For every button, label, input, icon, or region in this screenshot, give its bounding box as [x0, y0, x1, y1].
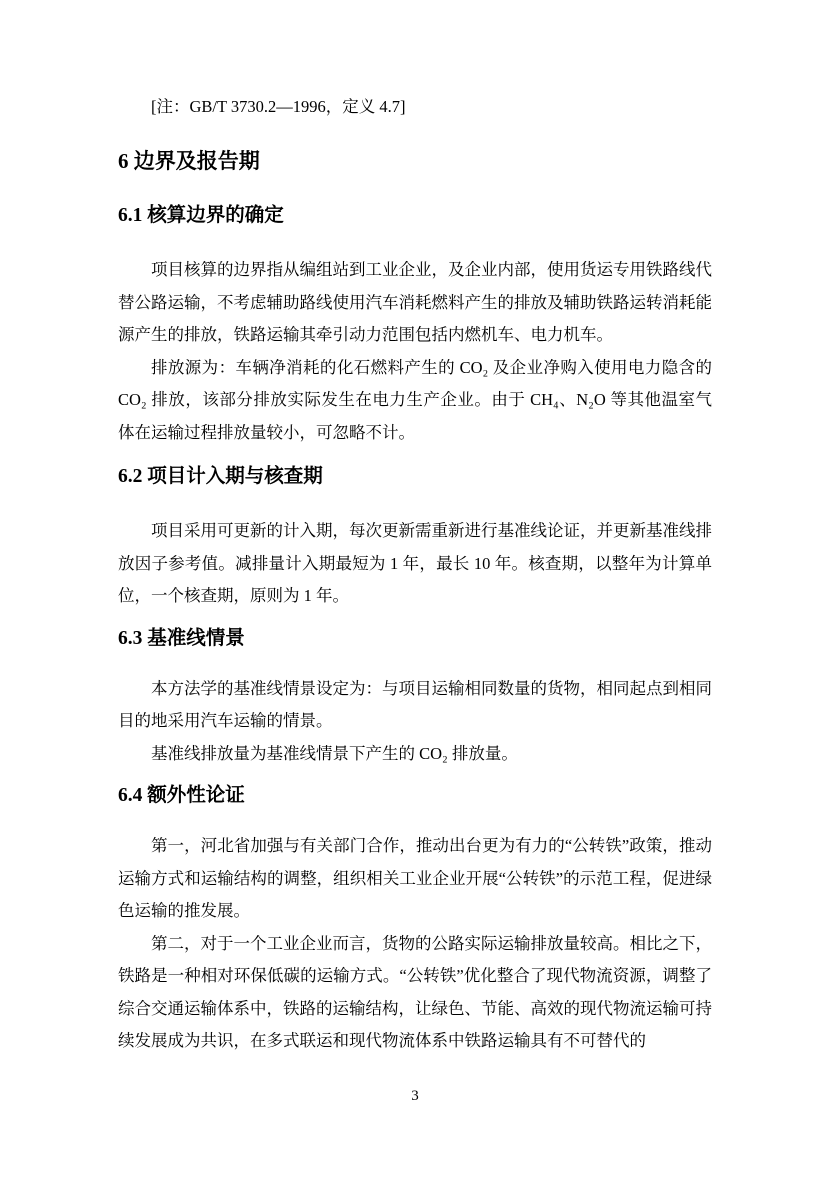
heading-6-2-crediting-verification-period: 6.2 项目计入期与核查期 [118, 463, 712, 491]
paragraph-baseline-scenario: 本方法学的基准线情景设定为：与项目运输相同数量的货物，相同起点到相同目的地采用汽… [118, 673, 712, 738]
paragraph-boundary-definition: 项目核算的边界指从编组站到工业企业，及企业内部，使用货运专用铁路线代替公路运输，… [118, 254, 712, 352]
heading-6-4-additionality: 6.4 额外性论证 [118, 782, 712, 810]
heading-section-6: 6 边界及报告期 [118, 146, 712, 176]
page-number: 3 [118, 1086, 712, 1106]
paragraph-baseline-emissions: 基准线排放量为基准线情景下产生的 CO₂ 排放量。 [118, 738, 712, 771]
heading-6-1-accounting-boundary: 6.1 核算边界的确定 [118, 202, 712, 230]
paragraph-additionality-first: 第一，河北省加强与有关部门合作，推动出台更为有力的“公转铁”政策，推动运输方式和… [118, 830, 712, 928]
heading-6-3-baseline-scenario: 6.3 基准线情景 [118, 625, 712, 653]
paragraph-emission-sources: 排放源为：车辆净消耗的化石燃料产生的 CO₂ 及企业净购入使用电力隐含的 CO₂… [118, 352, 712, 450]
paragraph-additionality-second: 第二，对于一个工业企业而言，货物的公路实际运输排放量较高。相比之下，铁路是一种相… [118, 928, 712, 1058]
note-line: [注：GB/T 3730.2—1996，定义 4.7] [118, 96, 712, 118]
document-page: [注：GB/T 3730.2—1996，定义 4.7] 6 边界及报告期 6.1… [0, 0, 830, 1177]
paragraph-crediting-period: 项目采用可更新的计入期，每次更新需重新进行基准线论证，并更新基准线排放因子参考值… [118, 515, 712, 613]
